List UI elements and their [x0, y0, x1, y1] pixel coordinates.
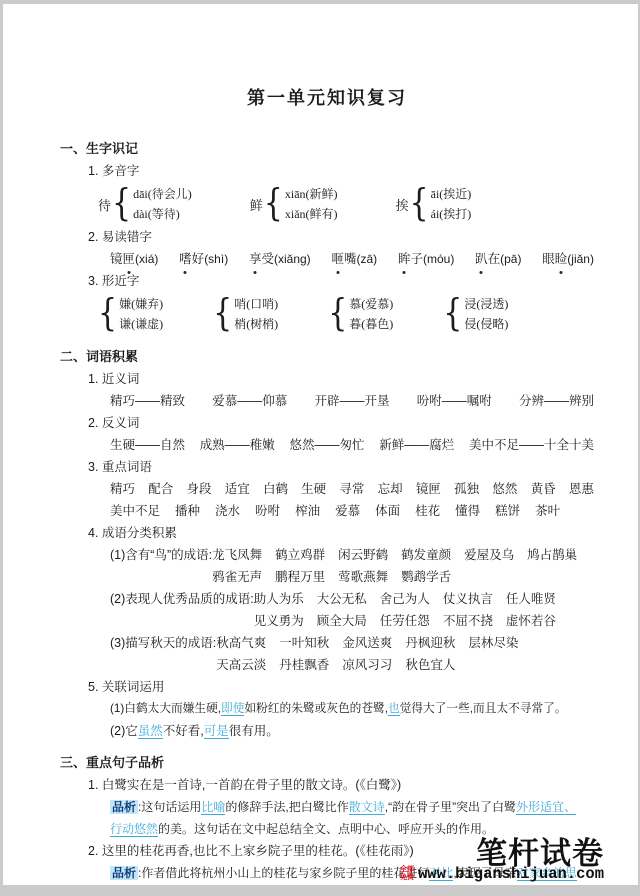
- xingjin-group: {嫌(嫌弃)谦(谦虚): [98, 294, 163, 334]
- subsection-guanlianci: 5. 关联词运用: [88, 676, 594, 698]
- fanyici-row: 生硬——自然成熟——稚嫩悠然——匆忙新鲜——腐烂美中不足——十全十美: [110, 434, 594, 456]
- subsection-duoyinzi: 1. 多音字: [88, 160, 594, 182]
- duoyin-group: 待{dāi(待会儿)dài(等待): [98, 184, 192, 224]
- yidu-word-row: 镜匣(xiá) 嗜好(shì) 享受(xiǎng) 咂嘴(zā) 眸子(móu)…: [110, 248, 594, 270]
- chengyu-line: 龙飞凤舞鹤立鸡群闲云野鹤鹤发童颜爱屋及乌鸠占鹊巢: [212, 544, 577, 566]
- section-3-heading: 三、重点句子品析: [60, 752, 594, 774]
- dotted-word: 嗜好(shì): [179, 248, 228, 270]
- analysis-1-line-1: 品析:这句话运用比喻的修辞手法,把白鹭比作散文诗,“韵在骨子里”突出了白鹭外形适…: [110, 796, 594, 818]
- section-2-heading: 二、词语积累: [60, 346, 594, 368]
- xingjin-group: {慕(爱慕)暮(暮色): [328, 294, 393, 334]
- subsection-yiducuozi: 2. 易读错字: [88, 226, 594, 248]
- dotted-word: 镜匣(xiá): [110, 248, 158, 270]
- chengyu-line: 见义勇为顾全大局任劳任怨不屈不挠虚怀若谷: [254, 610, 556, 632]
- chengyu-label: (3)描写秋天的成语:: [110, 632, 216, 676]
- duoyin-group-row: 待{dāi(待会儿)dài(等待) 鲜{xiān(新鲜)xiǎn(鲜有) 挨{ā…: [98, 182, 594, 226]
- dotted-word: 咂嘴(zā): [331, 248, 377, 270]
- document-page: 第一单元知识复习 一、生字识记 1. 多音字 待{dāi(待会儿)dài(等待)…: [3, 4, 638, 885]
- chengyu-line: 秋高气爽一叶知秋金风送爽丹枫迎秋层林尽染: [216, 632, 518, 654]
- guanlian-sentence-1: (1)白鹤太大而嫌生硬,即使如粉红的朱鹭或灰色的苍鹭,也觉得大了一些,而且太不寻…: [110, 698, 594, 720]
- zhongdian-row-2: 美中不足播种浇水吩咐榨油爱慕体面桂花懂得糕饼茶叶: [110, 500, 594, 522]
- dotted-word: 享受(xiǎng): [249, 248, 311, 270]
- chengyu-line: 鸦雀无声鹏程万里莺歌燕舞鹦鹉学舌: [212, 566, 577, 588]
- pinxi-label: 品析: [110, 800, 138, 814]
- xingjin-group-row: {嫌(嫌弃)谦(谦虚) {哨(口哨)梢(树梢) {慕(爱慕)暮(暮色) {浸(浸…: [98, 292, 594, 336]
- watermark-free-tag: 全部免费: [400, 866, 416, 882]
- chengyu-group-autumn: (3)描写秋天的成语: 秋高气爽一叶知秋金风送爽丹枫迎秋层林尽染 天高云淡丹桂飘…: [110, 632, 594, 676]
- chengyu-line: 天高云淡丹桂飘香凉风习习秋色宜人: [216, 654, 518, 676]
- sentence-1: 1. 白鹭实在是一首诗,一首韵在骨子里的散文诗。(《白鹭》): [88, 774, 594, 796]
- page-title: 第一单元知识复习: [60, 88, 594, 108]
- chengyu-label: (2)表现人优秀品质的成语:: [110, 588, 254, 632]
- zhongdian-row-1: 精巧配合身段适宜白鹤生硬寻常忘却镜匣孤独悠然黄昏恩惠: [110, 478, 594, 500]
- pinxi-label: 品析: [110, 866, 138, 880]
- page-content: 第一单元知识复习 一、生字识记 1. 多音字 待{dāi(待会儿)dài(等待)…: [3, 4, 638, 884]
- jinyici-row: 精巧——精致爱慕——仰慕开辟——开垦吩咐——嘱咐分辨——辨别: [110, 390, 594, 412]
- guanlian-sentence-2: (2)它虽然不好看,可是很有用。: [110, 720, 594, 742]
- chengyu-group-virtue: (2)表现人优秀品质的成语: 助人为乐大公无私舍己为人仗义执言任人唯贤 见义勇为…: [110, 588, 594, 632]
- subsection-jinyici: 1. 近义词: [88, 368, 594, 390]
- watermark: 笔杆试卷 全部免费 www.biganshijuan.com: [400, 839, 604, 883]
- subsection-fanyici: 2. 反义词: [88, 412, 594, 434]
- watermark-url: www.biganshijuan.com: [418, 865, 604, 883]
- section-1-heading: 一、生字识记: [60, 138, 594, 160]
- duoyin-group: 鲜{xiān(新鲜)xiǎn(鲜有): [250, 184, 338, 224]
- subsection-chengyu: 4. 成语分类积累: [88, 522, 594, 544]
- dotted-word: 趴在(pā): [475, 248, 521, 270]
- xingjin-group: {哨(口哨)梢(树梢): [213, 294, 278, 334]
- subsection-zhongdian-ciyu: 3. 重点词语: [88, 456, 594, 478]
- dotted-word: 眸子(móu): [398, 248, 454, 270]
- chengyu-group-birds: (1)含有“鸟”的成语: 龙飞凤舞鹤立鸡群闲云野鹤鹤发童颜爱屋及乌鸠占鹊巢 鸦雀…: [110, 544, 594, 588]
- chengyu-line: 助人为乐大公无私舍己为人仗义执言任人唯贤: [254, 588, 556, 610]
- duoyin-group: 挨{āi(挨近)ái(挨打): [396, 184, 472, 224]
- chengyu-label: (1)含有“鸟”的成语:: [110, 544, 212, 588]
- xingjin-group: {浸(浸透)侵(侵略): [443, 294, 508, 334]
- dotted-word: 眼睑(jiǎn): [542, 248, 594, 270]
